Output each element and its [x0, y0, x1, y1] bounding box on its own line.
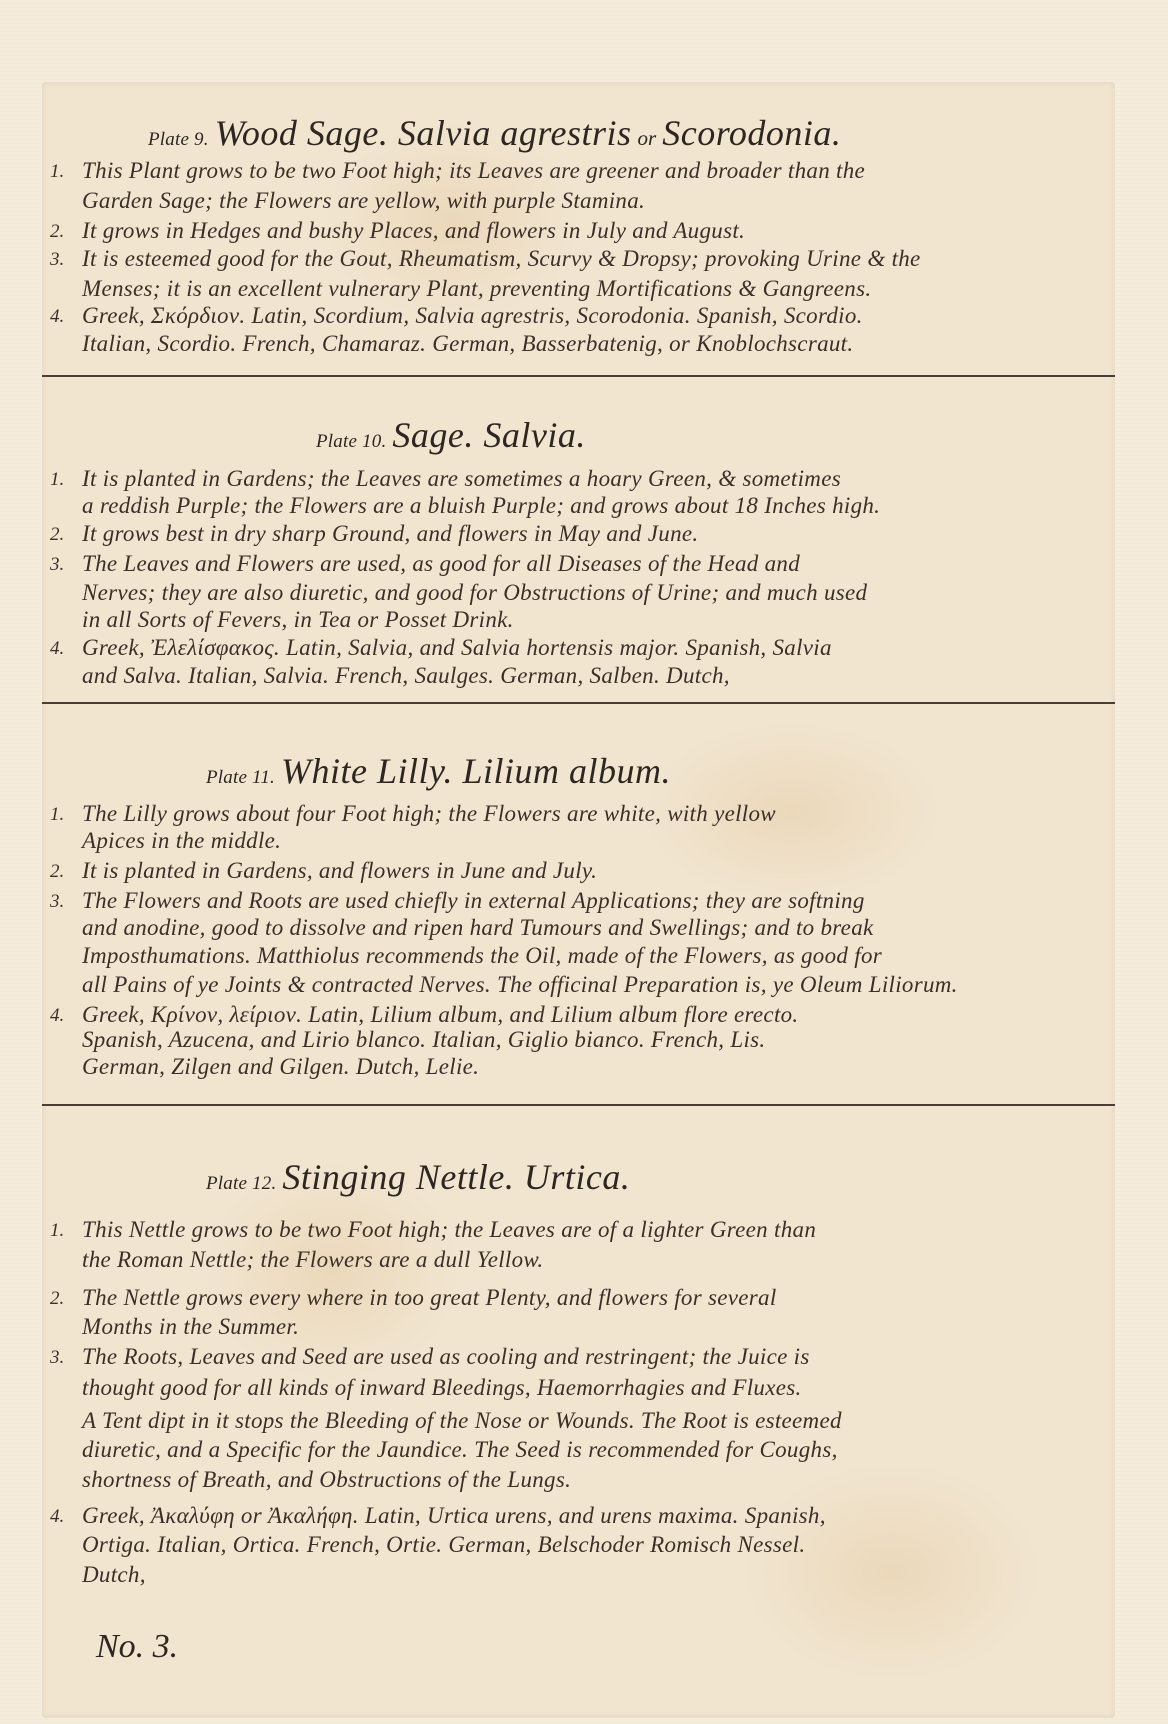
plate-11-title: Plate 11.White Lilly. Lilium album. — [206, 750, 671, 792]
plant-name: Stinging Nettle. Urtica. — [282, 1157, 630, 1197]
text-line: German, Zilgen and Gilgen. Dutch, Lelie. — [82, 1054, 479, 1080]
text-line: in all Sorts of Fevers, in Tea or Posset… — [82, 607, 514, 633]
text-line: The Leaves and Flowers are used, as good… — [82, 551, 800, 577]
item-number: 1. — [50, 1220, 64, 1242]
item-number: 1. — [50, 161, 64, 183]
item-number: 4. — [50, 306, 64, 328]
text-line: A Tent dipt in it stops the Bleeding of … — [82, 1408, 842, 1434]
section-divider — [42, 702, 1115, 704]
text-line: shortness of Breath, and Obstructions of… — [82, 1467, 571, 1493]
text-line: It is planted in Gardens, and flowers in… — [82, 858, 597, 884]
plant-name: Sage. Salvia. — [392, 415, 585, 455]
text-line: Greek, Κρίνον, λείριον. Latin, Lilium al… — [82, 1002, 799, 1028]
plate-12-title: Plate 12.Stinging Nettle. Urtica. — [206, 1156, 630, 1198]
item-number: 1. — [50, 469, 64, 491]
text-line: Ortiga. Italian, Ortica. French, Ortie. … — [82, 1532, 805, 1558]
item-number: 2. — [50, 221, 64, 243]
text-line: Italian, Scordio. French, Chamaraz. Germ… — [82, 331, 853, 357]
text-line: Menses; it is an excellent vulnerary Pla… — [82, 276, 871, 302]
text-line: all Pains of ye Joints & contracted Nerv… — [82, 972, 958, 998]
text-line: It grows best in dry sharp Ground, and f… — [82, 521, 698, 547]
section-divider — [42, 375, 1115, 377]
text-line: This Plant grows to be two Foot high; it… — [82, 158, 865, 184]
plate-label: Plate 12. — [206, 1173, 276, 1194]
text-line: Greek, Σκόρδιον. Latin, Scordium, Salvia… — [82, 303, 863, 329]
plate-10-title: Plate 10.Sage. Salvia. — [316, 414, 586, 456]
text-line: It is esteemed good for the Gout, Rheuma… — [82, 246, 921, 272]
item-number: 4. — [50, 638, 64, 660]
text-line: The Flowers and Roots are used chiefly i… — [82, 888, 865, 914]
item-number: 2. — [50, 524, 64, 546]
item-number: 3. — [50, 249, 64, 271]
plate-label: Plate 10. — [316, 431, 386, 452]
plant-name: White Lilly. Lilium album. — [281, 751, 671, 791]
item-number: 2. — [50, 861, 64, 883]
text-line: and Salva. Italian, Salvia. French, Saul… — [82, 663, 730, 689]
text-line: It grows in Hedges and bushy Places, and… — [82, 218, 745, 244]
section-divider — [42, 1104, 1115, 1106]
item-number: 3. — [50, 891, 64, 913]
text-line: Garden Sage; the Flowers are yellow, wit… — [82, 188, 645, 214]
plant-name: Wood Sage. Salvia agrestris — [215, 113, 632, 153]
text-line: This Nettle grows to be two Foot high; t… — [82, 1217, 816, 1243]
foxing-stain — [742, 1462, 1042, 1682]
text-line: Greek, Ἀκαλύφη or Ἀκαλήφη. Latin, Urtica… — [82, 1503, 826, 1529]
text-line: Dutch, — [82, 1562, 146, 1588]
title-conjunction: or — [638, 126, 657, 150]
text-line: and anodine, good to dissolve and ripen … — [82, 915, 874, 941]
item-number: 2. — [50, 1288, 64, 1310]
text-line: The Lilly grows about four Foot high; th… — [82, 801, 776, 827]
text-line: Nerves; they are also diuretic, and good… — [82, 580, 867, 606]
item-number: 1. — [50, 804, 64, 826]
text-line: Imposthumations. Matthiolus recommends t… — [82, 943, 882, 969]
text-line: It is planted in Gardens; the Leaves are… — [82, 466, 841, 492]
text-line: Spanish, Azucena, and Lirio blanco. Ital… — [82, 1027, 765, 1053]
item-number: 3. — [50, 1347, 64, 1369]
text-line: the Roman Nettle; the Flowers are a dull… — [82, 1247, 543, 1273]
text-line: a reddish Purple; the Flowers are a blui… — [82, 493, 880, 519]
text-line: The Nettle grows every where in too grea… — [82, 1285, 777, 1311]
text-line: Greek, Ἐλελίσφακος. Latin, Salvia, and S… — [82, 635, 832, 661]
text-line: The Roots, Leaves and Seed are used as c… — [82, 1344, 810, 1370]
plate-label: Plate 9. — [148, 129, 209, 150]
text-line: Apices in the middle. — [82, 828, 281, 854]
plate-number: No. 3. — [96, 1628, 178, 1666]
text-line: Months in the Summer. — [82, 1314, 299, 1340]
plate-label: Plate 11. — [206, 767, 275, 788]
item-number: 4. — [50, 1005, 64, 1027]
text-line: diuretic, and a Specific for the Jaundic… — [82, 1437, 838, 1463]
plant-alt-name: Scorodonia. — [662, 113, 841, 153]
item-number: 4. — [50, 1506, 64, 1528]
item-number: 3. — [50, 554, 64, 576]
plate-9-title: Plate 9.Wood Sage. Salvia agrestrisorSco… — [148, 112, 841, 154]
text-line: thought good for all kinds of inward Ble… — [82, 1375, 802, 1401]
